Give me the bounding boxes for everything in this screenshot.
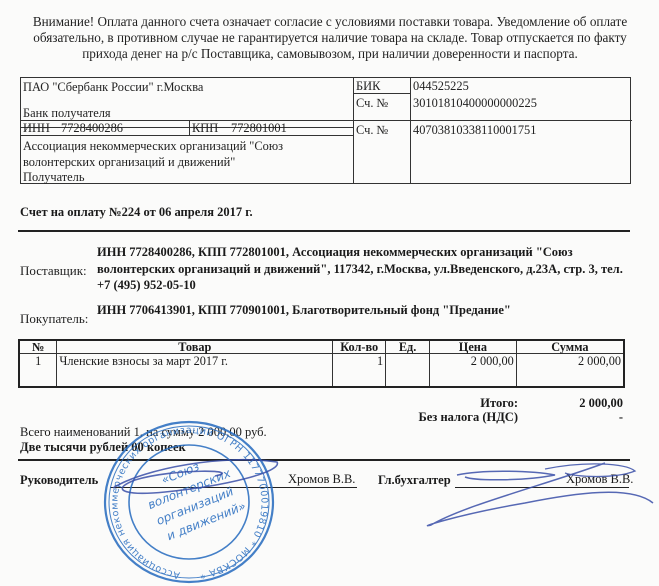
kpp-label: КПП [192,121,218,135]
accountant-signature [395,455,659,530]
corr-account-label: Сч. № [356,96,388,110]
table-header-row: № Товар Кол-во Ед. Цена Сумма [19,340,624,354]
recipient-caption: Получатель [23,170,85,184]
row-qty: 1 [333,354,386,388]
col-header-sum: Сумма [516,340,624,354]
director-signature [105,450,285,510]
director-label: Руководитель [20,473,98,488]
total-value: 2 000,00 [540,396,623,411]
divider [21,135,353,136]
bank-details-table: ПАО "Сбербанк России" г.Москва Банк полу… [20,77,631,184]
inn-value: 7728400286 [61,121,123,135]
col-header-unit: Ед. [386,340,430,354]
recipient-name: Ассоциация некоммерческих организаций "С… [23,138,349,170]
supplier-label: Поставщик: [20,263,87,279]
row-product: Членские взносы за март 2017 г. [57,354,333,388]
divider [189,120,190,135]
kpp-value: 772801001 [231,121,287,135]
items-table: № Товар Кол-во Ед. Цена Сумма 1 Членские… [18,339,625,388]
inn-label: ИНН [23,121,50,135]
row-unit [386,354,430,388]
invoice-title: Счет на оплату №224 от 06 апреля 2017 г. [20,205,253,220]
total-label: Итого: [400,396,518,411]
table-row: 1 Членские взносы за март 2017 г. 1 2 00… [19,354,624,388]
row-number: 1 [19,354,57,388]
account-value: 40703810338110001751 [413,123,536,137]
buyer-label: Покупатель: [20,311,88,327]
divider [410,78,411,183]
vat-label: Без налога (НДС) [380,410,518,425]
supplier-details: ИНН 7728400286, КПП 772801001, Ассоциаци… [97,244,629,294]
payment-notice: Внимание! Оплата данного счета означает … [20,14,640,62]
col-header-qty: Кол-во [333,340,386,354]
title-rule [18,230,630,232]
row-sum: 2 000,00 [516,354,624,388]
director-name: Хромов В.В. [288,472,355,487]
col-header-number: № [19,340,57,354]
bik-label: БИК [356,79,380,93]
row-price: 2 000,00 [430,354,517,388]
vat-value: - [540,410,623,425]
bank-name: ПАО "Сбербанк России" г.Москва [23,80,203,94]
corr-account-value: 30101810400000000225 [413,96,537,110]
account-label: Сч. № [356,123,388,137]
col-header-product: Товар [57,340,333,354]
col-header-price: Цена [430,340,517,354]
divider [353,93,410,94]
buyer-details: ИНН 7706413901, КПП 770901001, Благотвор… [97,302,629,319]
bik-value: 044525225 [413,79,469,93]
bank-caption: Банк получателя [23,106,111,120]
